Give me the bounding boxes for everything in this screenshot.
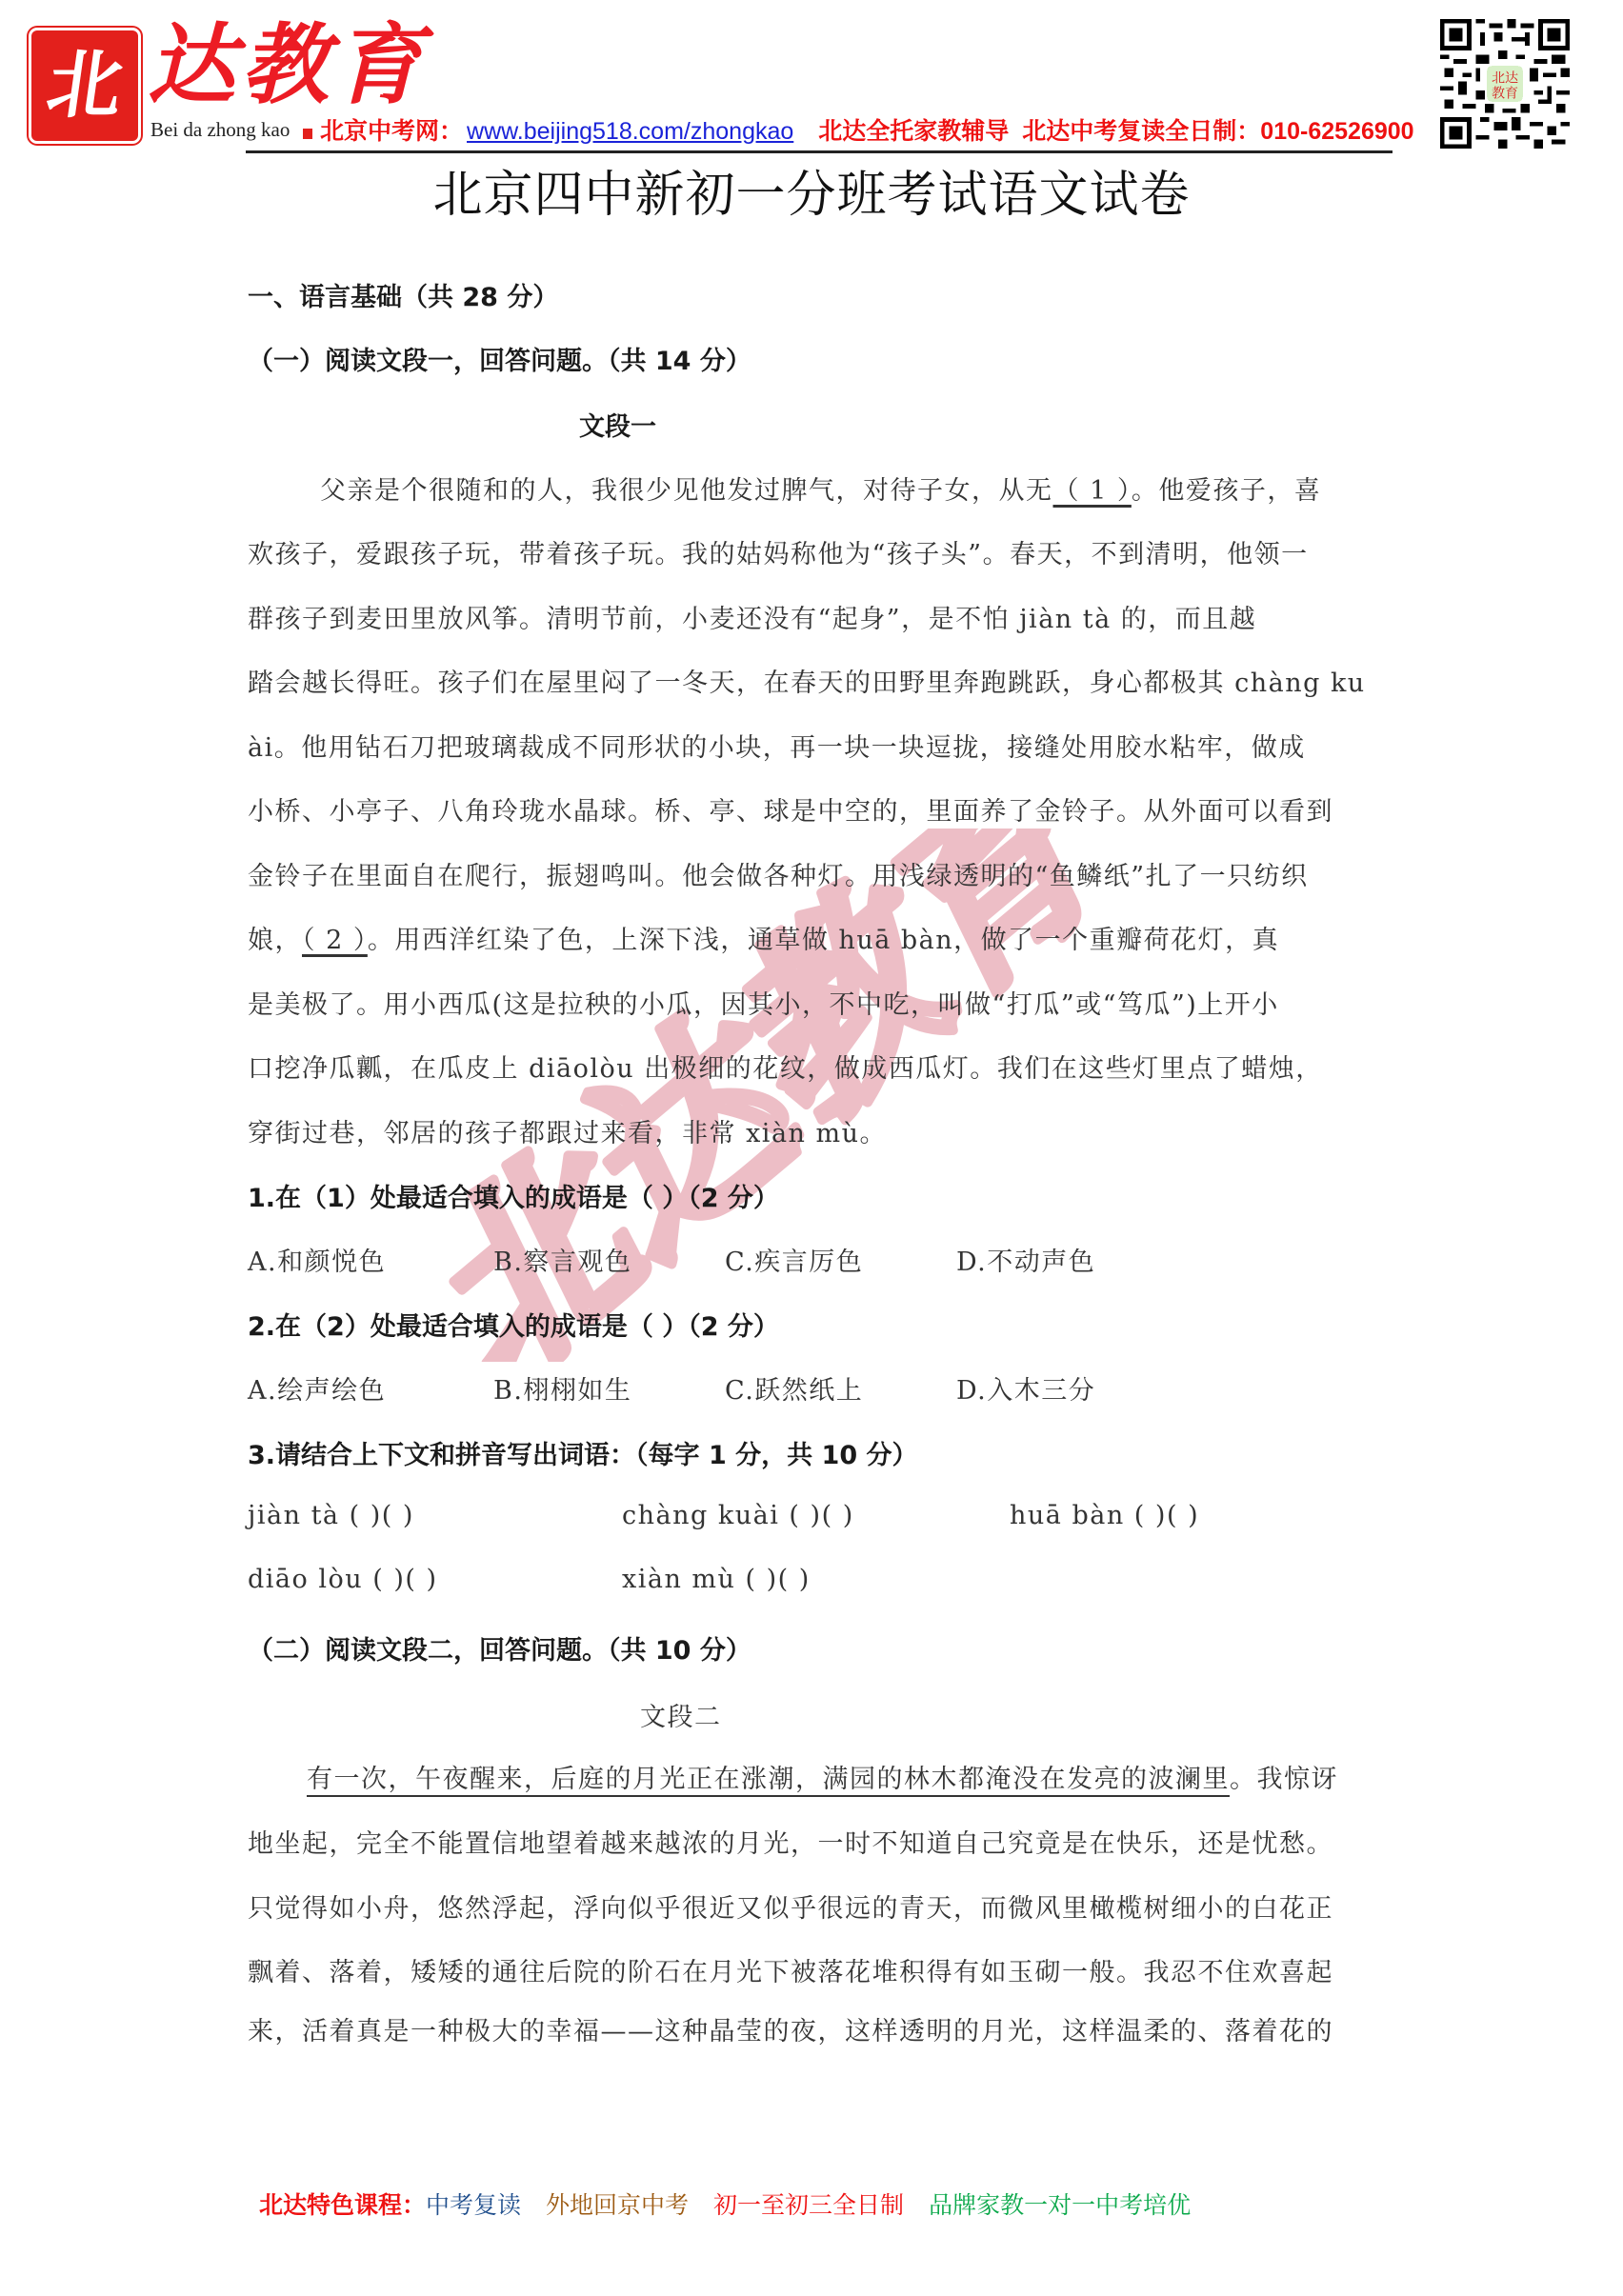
header-info-line: 北京中考网： www.beijing518.com/zhongkao 北达全托家… bbox=[303, 112, 1414, 147]
footer-item-retake: 中考复读 bbox=[426, 2186, 521, 2221]
section-heading-1: 一、语言基础（共 28 分） bbox=[248, 276, 558, 313]
option-d[interactable]: D.入木三分 bbox=[956, 1369, 1095, 1407]
passage-1-line: 群孩子到麦田里放风筝。清明节前，小麦还没有“起身”，是不怕 jiàn tà 的，… bbox=[248, 598, 1410, 635]
passage-1-line: 欢孩子，爱跟孩子玩，带着孩子玩。我的姑妈称他为“孩子头”。春天，不到清明，他领一 bbox=[248, 533, 1410, 570]
passage-2-title: 文段二 bbox=[640, 1696, 722, 1733]
part-heading-1: （一）阅读文段一，回答问题。（共 14 分） bbox=[248, 340, 751, 377]
passage-1-line: 踏会越长得旺。孩子们在屋里闷了一冬天，在春天的田野里奔跑跳跃，身心都极其 chà… bbox=[248, 662, 1410, 699]
svg-text:北达: 北达 bbox=[1492, 70, 1519, 87]
watermark-text: 北达教育 bbox=[429, 829, 1114, 1362]
passage-2-line: 有一次，午夜醒来，后庭的月光正在涨潮，满园的林木都淹没在发亮的波澜里。我惊讶 bbox=[248, 1758, 1469, 1795]
option-c[interactable]: C.疾言厉色 bbox=[725, 1241, 956, 1278]
option-b[interactable]: B.栩栩如生 bbox=[493, 1369, 725, 1407]
blank-2: （ 2 ） bbox=[302, 926, 368, 955]
pinyin-jianta[interactable]: jiàn tà ( )( ) bbox=[248, 1501, 567, 1530]
part-heading-2: （二）阅读文段二，回答问题。（共 10 分） bbox=[248, 1629, 751, 1667]
pinyin-row-1: jiàn tà ( )( ) chàng kuài ( )( ) huā bàn… bbox=[248, 1501, 1254, 1530]
option-a[interactable]: A.和颜悦色 bbox=[248, 1241, 493, 1278]
question-3-stem: 3.请结合上下文和拼音写出词语：（每字 1 分，共 10 分） bbox=[248, 1434, 918, 1471]
passage-2-line: 地坐起，完全不能置信地望着越来越浓的月光，一时不知道自己究竟是在快乐，还是忧愁。 bbox=[248, 1823, 1410, 1860]
footer-item-tutoring: 品牌家教一对一中考培优 bbox=[929, 2186, 1191, 2221]
logo-char: 北 bbox=[43, 49, 128, 123]
svg-text:教育: 教育 bbox=[1492, 86, 1518, 102]
logo-badge: 北 bbox=[31, 30, 138, 141]
promo-tutoring: 北达全托家教辅导 bbox=[818, 112, 1009, 147]
passage-1-title: 文段一 bbox=[579, 406, 656, 443]
footer-item-return: 外地回京中考 bbox=[546, 2186, 689, 2221]
pinyin-changkuai[interactable]: chàng kuài ( )( ) bbox=[622, 1501, 970, 1530]
passage-1-line: 穿街过巷，邻居的孩子都跟过来看，非常 xiàn mù。 bbox=[248, 1112, 1410, 1149]
option-b[interactable]: B.察言观色 bbox=[493, 1241, 725, 1278]
passage-1-line: ài。他用钻石刀把玻璃裁成不同形状的小块，再一块一块逗拢，接缝处用胶水粘牢，做成 bbox=[248, 727, 1410, 764]
option-d[interactable]: D.不动声色 bbox=[956, 1241, 1095, 1278]
question-2-stem: 2.在（2）处最适合填入的成语是（ ）（2 分） bbox=[248, 1306, 779, 1343]
option-c[interactable]: C.跃然纸上 bbox=[725, 1369, 956, 1407]
footer-courses: 北达特色课程： 中考复读 外地回京中考 初一至初三全日制 品牌家教一对一中考培优 bbox=[259, 2186, 1215, 2221]
site-url-link[interactable]: www.beijing518.com/zhongkao bbox=[467, 118, 793, 146]
passage-2-line: 飘着、落着，矮矮的通往后院的阶石在月光下被落花堆积得有如玉砌一般。我忍不住欢喜起 bbox=[248, 1951, 1410, 1988]
passage-1-line: 口挖净瓜瓤，在瓜皮上 diāolòu 出极细的花纹，做成西瓜灯。我们在这些灯里点… bbox=[248, 1048, 1410, 1085]
pinyin-xianmu[interactable]: xiàn mù ( )( ) bbox=[622, 1565, 811, 1594]
pinyin-diaolou[interactable]: diāo lòu ( )( ) bbox=[248, 1565, 567, 1594]
passage-1-line: 金铃子在里面自在爬行，振翅鸣叫。他会做各种灯。用浅绿透明的“鱼鳞纸”扎了一只纺织 bbox=[248, 855, 1410, 892]
question-1-options: A.和颜悦色 B.察言观色 C.疾言厉色 D.不动声色 bbox=[248, 1241, 1095, 1278]
underlined-sentence: 有一次，午夜醒来，后庭的月光正在涨潮，满园的林木都淹没在发亮的波澜里 bbox=[307, 1765, 1230, 1794]
footer-item-fulltime: 初一至初三全日制 bbox=[713, 2186, 904, 2221]
option-a[interactable]: A.绘声绘色 bbox=[248, 1369, 493, 1407]
watermark-logo-icon: 北达教育 bbox=[429, 829, 1114, 1362]
passage-1-line: 父亲是个很随和的人，我很少见他发过脾气，对待子女，从无（ 1 ）。他爱孩子，喜 bbox=[248, 469, 1482, 507]
red-square-icon bbox=[303, 129, 312, 139]
question-2-options: A.绘声绘色 B.栩栩如生 C.跃然纸上 D.入木三分 bbox=[248, 1369, 1095, 1407]
passage-1-line: 是美极了。用小西瓜(这是拉秧的小瓜，因其小，不中吃，叫做“打瓜”或“笃瓜”)上开… bbox=[248, 984, 1410, 1021]
logo-text: 达教育 bbox=[148, 21, 428, 109]
footer-label: 北达特色课程： bbox=[259, 2186, 426, 2221]
qr-code-icon: 北达 教育 bbox=[1440, 19, 1570, 149]
page-title: 北京四中新初一分班考试语文试卷 bbox=[0, 154, 1623, 226]
passage-2-line: 来，活着真是一种极大的幸福——这种晶莹的夜，这样透明的月光，这样温柔的、落着花的 bbox=[248, 2010, 1410, 2047]
pinyin-row-2: diāo lòu ( )( ) xiàn mù ( )( ) bbox=[248, 1565, 866, 1594]
passage-1-line: 娘，（ 2 ）。用西洋红染了色，上深下浅，通草做 huā bàn，做了一个重瓣荷… bbox=[248, 919, 1410, 956]
header-rule bbox=[246, 150, 1393, 153]
question-1-stem: 1.在（1）处最适合填入的成语是（ ）（2 分） bbox=[248, 1177, 779, 1214]
pinyin-huaban[interactable]: huā bàn ( )( ) bbox=[1010, 1501, 1199, 1530]
passage-2-line: 只觉得如小舟，悠然浮起，浮向似乎很近又似乎很远的青天，而微风里橄榄树细小的白花正 bbox=[248, 1887, 1410, 1925]
passage-1-line: 小桥、小亭子、八角玲珑水晶球。桥、亭、球是中空的，里面养了金铃子。从外面可以看到 bbox=[248, 790, 1410, 828]
site-label: 北京中考网： bbox=[320, 112, 463, 147]
blank-1: （ 1 ） bbox=[1053, 476, 1132, 506]
logo-subtitle: Bei da zhong kao bbox=[150, 118, 290, 142]
promo-retake: 北达中考复读全日制：010-62526900 bbox=[1022, 112, 1413, 147]
